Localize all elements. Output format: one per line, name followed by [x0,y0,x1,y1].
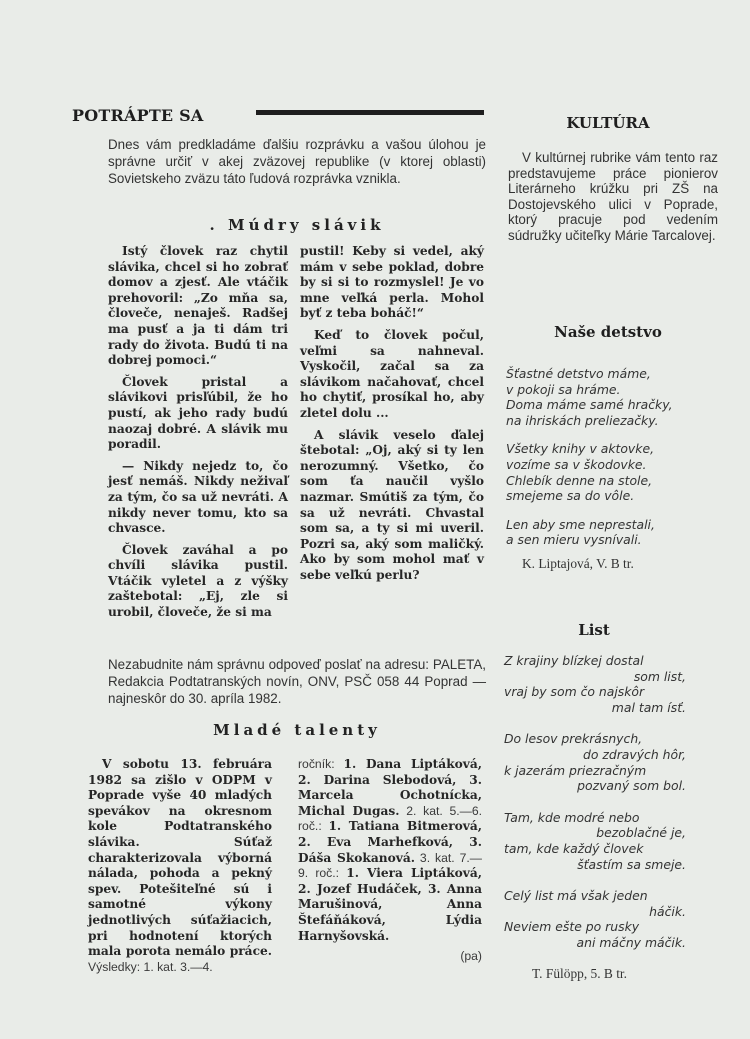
poem-author-fulopp: T. Fülöpp, 5. B tr. [532,966,732,982]
poem-stanza: Šťastné detstvo máme,v pokoji sa hráme.D… [506,366,720,428]
talents-report: V sobotu 13. februára 1982 sa zišlo v OD… [88,757,272,958]
poem-line: a sen mieru vysnívali. [506,532,720,548]
poem-title-list: List [494,621,694,639]
poem-author-liptajova: K. Liptajová, V. B tr. [522,556,722,572]
story-paragraph: pustil! Keby si vedel, aký mám v sebe po… [300,244,484,322]
story-paragraph: Istý človek raz chytil slávika, chcel si… [108,244,288,369]
poem-stanza: Do lesov prekrásnych,do zdravých hôr,k j… [504,731,686,793]
poem-stanza: Tam, kde modré nebobezoblačné je,tam, kd… [504,810,686,872]
poem-list: Z krajiny blízkej dostalsom list,vraj by… [504,653,686,967]
poem-line: Doma máme samé hračky, [506,397,720,413]
talents-title: Mladé talenty [108,721,486,739]
poem-line: ani máčny máčik. [504,935,686,951]
talents-signature: (pa) [298,949,482,965]
poem-line: háčik. [504,904,686,920]
story-paragraph: Človek pristal a slávikovi prisľúbil, že… [108,375,288,453]
poem-line: smejeme sa do vôle. [506,488,720,504]
heading-rule [256,110,484,115]
answer-note: Nezabudnite nám správnu odpoveď poslať n… [108,656,486,707]
poem-line: Celý list má však jeden [504,888,686,904]
poem-line: Všetky knihy v aktovke, [506,441,720,457]
poem-line: Šťastné detstvo máme, [506,366,720,382]
story-title: . Múdry slávik [108,216,486,234]
story-paragraph: — Nikdy nejedz to, čo jesť nemáš. Nikdy … [108,459,288,537]
kultura-intro: V kultúrnej rubrike vám tento raz predst… [508,150,718,244]
section-title-kultura: KULTÚRA [508,114,708,132]
poem-line: k jazerám priezračným [504,763,686,779]
poem-line: Chlebík denne na stole, [506,473,720,489]
poem-line: tam, kde každý človek [504,841,686,857]
story-paragraph: Človek zaváhal a po chvíli slávika pusti… [108,543,288,621]
poem-line: vozíme sa v škodovke. [506,457,720,473]
section-title-potrapte-sa: POTRÁPTE SA [72,106,203,125]
poem-line: šťastím sa smeje. [504,857,686,873]
poem-line: Do lesov prekrásnych, [504,731,686,747]
poem-line: bezoblačné je, [504,825,686,841]
poem-line: Z krajiny blízkej dostal [504,653,686,669]
poem-line: Len aby sme neprestali, [506,517,720,533]
results-category: ročník: [298,757,343,771]
poem-line: som list, [504,669,686,685]
poem-line: Neviem ešte po rusky [504,919,686,935]
poem-line: na ihriskách preliezačky. [506,413,720,429]
poem-stanza: Celý list má však jedenháčik.Neviem ešte… [504,888,686,950]
poem-line: vraj by som čo najskôr [504,684,686,700]
poem-title-nase-detstvo: Naše detstvo [508,323,708,341]
talents-column-2: ročník: 1. Dana Liptáková, 2. Darina Sle… [298,757,482,965]
poem-line: Tam, kde modré nebo [504,810,686,826]
results-lead: Výsledky: 1. kat. 3.—4. [88,960,213,974]
story-column-1: Istý človek raz chytil slávika, chcel si… [108,244,288,627]
poem-nase-detstvo: Šťastné detstvo máme,v pokoji sa hráme.D… [506,366,720,561]
poem-line: pozvaný som bol. [504,778,686,794]
story-paragraph: Keď to človek počul, veľmi sa nahneval. … [300,328,484,422]
talents-column-1: V sobotu 13. februára 1982 sa zišlo v OD… [88,757,272,975]
poem-stanza: Z krajiny blízkej dostalsom list,vraj by… [504,653,686,715]
story-column-2: pustil! Keby si vedel, aký mám v sebe po… [300,244,484,589]
puzzle-intro: Dnes vám predkladáme ďalšiu rozprávku a … [108,136,486,187]
poem-stanza: Len aby sme neprestali,a sen mieru vysní… [506,517,720,548]
poem-line: do zdravých hôr, [504,747,686,763]
poem-stanza: Všetky knihy v aktovke,vozíme sa v škodo… [506,441,720,503]
story-paragraph: A slávik veselo ďalej štebotal: „Oj, aký… [300,428,484,584]
poem-line: mal tam ísť. [504,700,686,716]
poem-line: v pokoji sa hráme. [506,382,720,398]
